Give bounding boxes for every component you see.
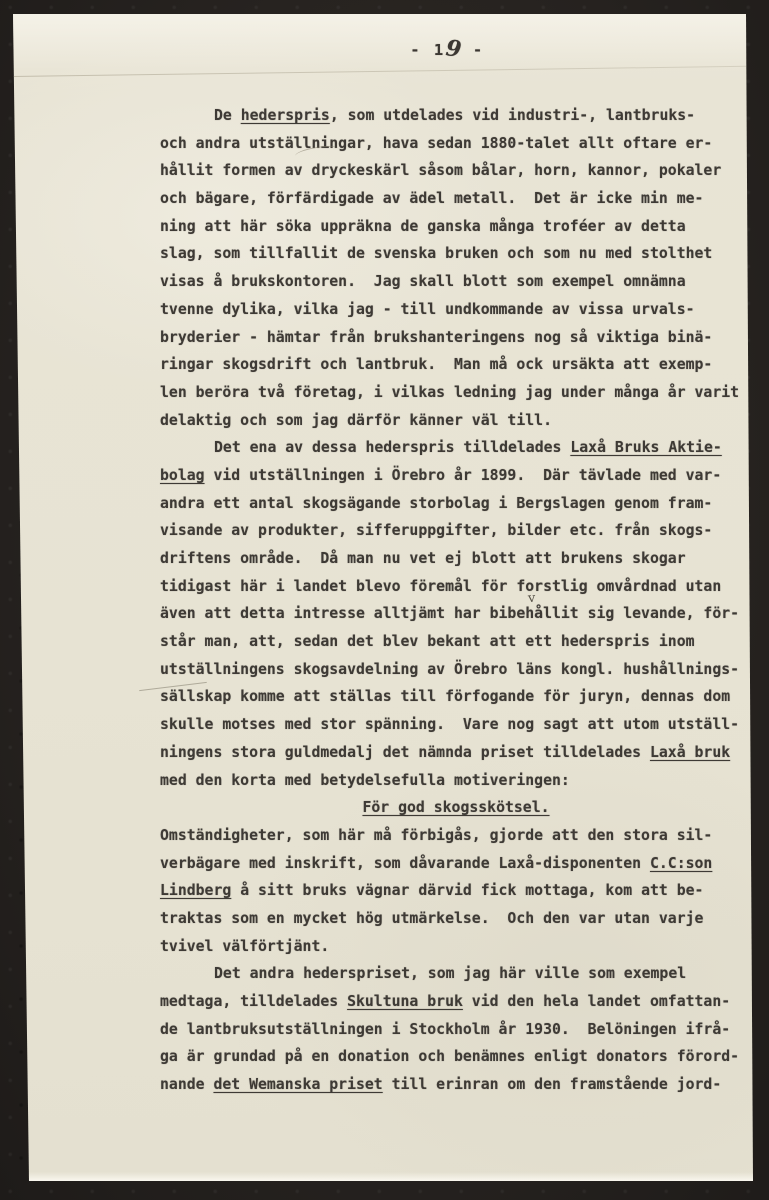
text-line: utställningens skogsavdelning av Örebro … — [160, 656, 752, 684]
text-line: Det andra hederspriset, som jag här vill… — [160, 960, 752, 988]
text-line: Lindberg å sitt bruks vägnar därvid fick… — [160, 877, 752, 905]
text-line: verbägare med inskrift, som dåvarande La… — [160, 850, 752, 878]
text-segment: med den korta med betydelsefulla motiver… — [160, 772, 570, 789]
text-segment: bryderier - hämtar från brukshanteringen… — [160, 329, 712, 346]
text-segment: delaktig och som jag därför känner väl t… — [160, 412, 552, 429]
scanner-background: - 19 - De hederspris, som utdelades vid … — [0, 0, 769, 1200]
handwritten-caret-mark: v — [527, 591, 535, 606]
text-segment: tidigast här i landet blevo föremål för … — [160, 578, 721, 595]
text-segment: , som utdelades vid industri-, lantbruks… — [330, 107, 695, 124]
text-line: även att detta intresse alltjämt har bib… — [160, 600, 752, 628]
underlined-text-segment: C.C:son — [650, 855, 712, 872]
text-segment: och bägare, förfärdigade av ädel metall.… — [160, 190, 703, 207]
text-line: och bägare, förfärdigade av ädel metall.… — [160, 185, 752, 213]
text-line: sällskap komme att ställas till förfogan… — [160, 683, 752, 711]
text-line: bryderier - hämtar från brukshanteringen… — [160, 324, 752, 352]
text-segment: len beröra två företag, i vilkas ledning… — [160, 384, 739, 401]
text-segment: tvivel välförtjänt. — [160, 938, 329, 955]
text-segment: driftens område. Då man nu vet ej blott … — [160, 550, 686, 567]
underlined-text-segment: För god skogsskötsel. — [362, 799, 549, 816]
text-segment: Det ena av dessa hederspris tilldelades — [214, 439, 570, 456]
text-segment: å sitt bruks vägnar därvid fick mottaga,… — [231, 882, 703, 899]
text-segment: de lantbruksutställningen i Stockholm år… — [160, 1021, 730, 1038]
underlined-text-segment: hederspris — [241, 107, 330, 124]
page-number-suffix: - — [461, 41, 485, 59]
underlined-text-segment: Skultuna bruk — [347, 993, 463, 1010]
page-number-prefix: - 1 — [410, 41, 446, 59]
text-line: tvenne dylika, vilka jag - till undkomma… — [160, 296, 752, 324]
underlined-text-segment: Laxå Bruks Aktie- — [570, 439, 721, 456]
text-line: tvivel välförtjänt. — [160, 933, 752, 961]
underlined-text-segment: Laxå bruk — [650, 744, 730, 761]
text-segment: visande av produkter, sifferuppgifter, b… — [160, 522, 712, 539]
text-segment: står man, att, sedan det blev bekant att… — [160, 633, 695, 650]
text-segment: även att detta intresse alltjämt har bib… — [160, 605, 739, 622]
text-line: Omständigheter, som här må förbigås, gjo… — [160, 822, 752, 850]
text-line: bolag vid utställningen i Örebro år 1899… — [160, 462, 752, 490]
text-segment: medtaga, tilldelades — [160, 993, 347, 1010]
text-line: visas å brukskontoren. Jag skall blott s… — [160, 268, 752, 296]
text-segment: ga är grundad på en donation och benämne… — [160, 1048, 739, 1065]
handwritten-digit: 9 — [444, 37, 462, 61]
text-line: ningens stora guldmedalj det nämnda pris… — [160, 739, 752, 767]
text-segment: visas å brukskontoren. Jag skall blott s… — [160, 273, 686, 290]
text-line: De hederspris, som utdelades vid industr… — [160, 102, 752, 130]
text-line: slag, som tillfallit de svenska bruken o… — [160, 240, 752, 268]
underlined-text-segment: det Wemanska priset — [213, 1076, 382, 1093]
document-page: - 19 - De hederspris, som utdelades vid … — [0, 0, 769, 1200]
text-segment: till erinran om den framstående jord- — [383, 1076, 722, 1093]
text-segment: hållit formen av dryckeskärl såsom bålar… — [160, 162, 721, 179]
text-line: nande det Wemanska priset till erinran o… — [160, 1071, 752, 1099]
text-line: står man, att, sedan det blev bekant att… — [160, 628, 752, 656]
text-segment: tvenne dylika, vilka jag - till undkomma… — [160, 301, 695, 318]
text-line: medtaga, tilldelades Skultuna bruk vid d… — [160, 988, 752, 1016]
text-line: ringar skogsdrift och lantbruk. Man må o… — [160, 351, 752, 379]
text-segment: ning att här söka uppräkna de ganska mån… — [160, 218, 686, 235]
text-line: skulle motses med stor spänning. Vare no… — [160, 711, 752, 739]
text-line: hållit formen av dryckeskärl såsom bålar… — [160, 157, 752, 185]
text-line: delaktig och som jag därför känner väl t… — [160, 407, 752, 435]
text-segment: Omständigheter, som här må förbigås, gjo… — [160, 827, 712, 844]
text-segment: utställningens skogsavdelning av Örebro … — [160, 661, 739, 678]
underlined-text-segment: bolag — [160, 467, 205, 484]
text-line: med den korta med betydelsefulla motiver… — [160, 767, 752, 795]
text-line: traktas som en mycket hög utmärkelse. Oc… — [160, 905, 752, 933]
text-segment: vid den hela landet omfattan- — [463, 993, 730, 1010]
text-line: andra ett antal skogsägande storbolag i … — [160, 490, 752, 518]
text-segment: ningens stora guldmedalj det nämnda pris… — [160, 744, 650, 761]
text-segment: sällskap komme att ställas till förfogan… — [160, 688, 730, 705]
text-segment: slag, som tillfallit de svenska bruken o… — [160, 245, 712, 262]
text-segment: De — [214, 107, 241, 124]
text-line: tidigast här i landet blevo föremål för … — [160, 573, 752, 601]
text-segment: vid utställningen i Örebro år 1899. Där … — [205, 467, 722, 484]
text-segment: verbägare med inskrift, som dåvarande La… — [160, 855, 650, 872]
text-segment: och andra utställningar, hava sedan 1880… — [160, 135, 712, 152]
page-number: - 19 - — [160, 37, 735, 59]
text-line: För god skogsskötsel. — [160, 794, 752, 822]
text-line: driftens område. Då man nu vet ej blott … — [160, 545, 752, 573]
typewritten-text-body: De hederspris, som utdelades vid industr… — [160, 102, 752, 1099]
text-line: och andra utställningar, hava sedan 1880… — [160, 130, 752, 158]
text-line: ning att här söka uppräkna de ganska mån… — [160, 213, 752, 241]
text-line: Det ena av dessa hederspris tilldelades … — [160, 434, 752, 462]
text-line: len beröra två företag, i vilkas ledning… — [160, 379, 752, 407]
text-line: visande av produkter, sifferuppgifter, b… — [160, 517, 752, 545]
text-segment: Det andra hederspriset, som jag här vill… — [214, 965, 686, 982]
text-line: ga är grundad på en donation och benämne… — [160, 1043, 752, 1071]
text-line: de lantbruksutställningen i Stockholm år… — [160, 1016, 752, 1044]
text-segment: traktas som en mycket hög utmärkelse. Oc… — [160, 910, 703, 927]
text-segment: nande — [160, 1076, 213, 1093]
text-segment: ringar skogsdrift och lantbruk. Man må o… — [160, 356, 712, 373]
paper-bottom-edge-highlight — [27, 1172, 753, 1181]
text-segment: andra ett antal skogsägande storbolag i … — [160, 495, 712, 512]
underlined-text-segment: Lindberg — [160, 882, 231, 899]
text-segment: skulle motses med stor spänning. Vare no… — [160, 716, 739, 733]
